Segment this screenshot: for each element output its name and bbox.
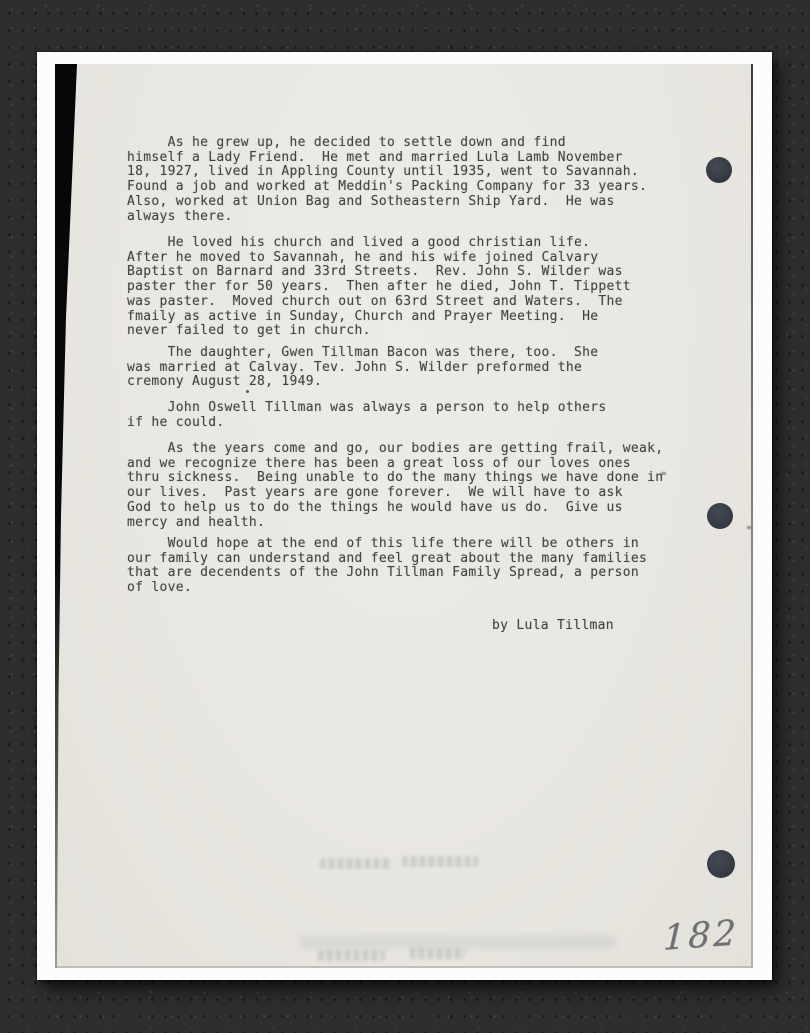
page-bottom-edge-shadow bbox=[57, 966, 751, 968]
paragraph-daughter: The daughter, Gwen Tillman Bacon was the… bbox=[127, 346, 598, 390]
paper-speck bbox=[747, 526, 751, 529]
page-right-edge-shadow bbox=[751, 64, 753, 968]
paragraph-church-life: He loved his church and lived a good chr… bbox=[127, 236, 631, 339]
paper-speck bbox=[661, 472, 666, 475]
paragraph-growing-up: As he grew up, he decided to settle down… bbox=[127, 136, 647, 224]
photo-frame: As he grew up, he decided to settle down… bbox=[37, 52, 772, 980]
ink-bleedthrough-wash bbox=[300, 935, 615, 949]
hole-punch-top bbox=[706, 157, 732, 183]
ink-bleedthrough-smudge bbox=[402, 856, 478, 867]
paragraph-closing-hope: Would hope at the end of this life there… bbox=[127, 537, 647, 596]
desk-background: { "document": { "paragraphs": [ " As he … bbox=[0, 0, 810, 1033]
stray-ink-dot bbox=[246, 390, 249, 393]
paragraph-years-go-by: As the years come and go, our bodies are… bbox=[127, 442, 663, 530]
scanned-page: As he grew up, he decided to settle down… bbox=[55, 64, 753, 968]
ink-bleedthrough-smudge bbox=[410, 948, 465, 959]
ink-bleedthrough-smudge bbox=[320, 858, 392, 869]
handwritten-page-number: 182 bbox=[662, 913, 739, 958]
hole-punch-bottom bbox=[707, 850, 735, 878]
ink-bleedthrough-smudge bbox=[318, 950, 385, 961]
hole-punch-middle bbox=[707, 503, 733, 529]
scan-edge-artifact bbox=[55, 64, 81, 968]
paragraph-helping-others: John Oswell Tillman was always a person … bbox=[127, 401, 606, 430]
author-byline: by Lula Tillman bbox=[492, 619, 614, 634]
